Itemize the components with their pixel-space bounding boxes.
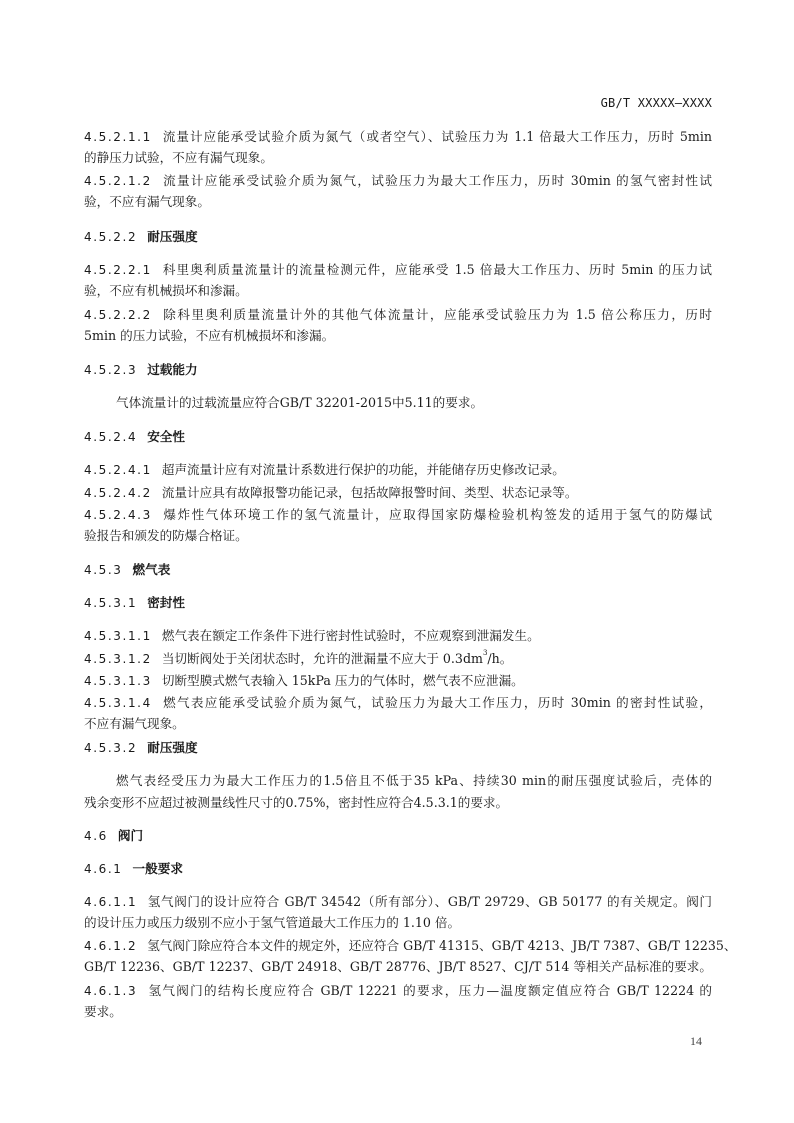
paragraph-4-5-2-3: 气体流量计的过载流量应符合GB/T 32201-2015中5.11的要求。 — [116, 395, 712, 411]
clause-number: 4.5.2.1.1 — [84, 130, 152, 144]
clause-4-5-2-1-1-line1: 4.5.2.1.1流量计应能承受试验介质为氮气（或者空气）、试验压力为 1.1 … — [84, 129, 712, 145]
clause-number: 4.5.2.1.2 — [84, 174, 152, 188]
heading-number: 4.5.3.2 — [84, 741, 137, 755]
clause-4-5-2-4-2: 4.5.2.4.2流量计应具有故障报警功能记录，包括故障报警时间、类型、状态记录… — [84, 485, 712, 501]
clause-text: 流量计应能承受试验介质为氮气（或者空气）、试验压力为 1.1 倍最大工作压力，历… — [162, 129, 712, 144]
clause-4-5-2-4-3-line2: 验报告和颁发的防爆合格证。 — [84, 528, 712, 544]
heading-number: 4.5.2.3 — [84, 363, 137, 377]
clause-text: 超声流量计应有对流量计系数进行保护的功能，并能储存历史修改记录。 — [162, 462, 565, 477]
clause-4-5-2-2-1-line2: 验，不应有机械损坏和渗漏。 — [84, 283, 712, 299]
heading-title: 耐压强度 — [147, 229, 197, 244]
clause-text: 流量计应具有故障报警功能记录，包括故障报警时间、类型、状态记录等。 — [162, 485, 578, 500]
clause-number: 4.5.2.4.1 — [84, 463, 152, 477]
clause-number: 4.5.2.2.2 — [84, 308, 152, 322]
heading-4-6-1: 4.6.1一般要求 — [84, 861, 183, 877]
heading-number: 4.5.3 — [84, 563, 123, 577]
superscript: 3 — [483, 649, 487, 657]
clause-text: 当切断阀处于关闭状态时，允许的泄漏量不应大于 0.3dm — [162, 651, 483, 666]
heading-4-5-2-2: 4.5.2.2耐压强度 — [84, 229, 198, 245]
clause-text: 科里奥利质量流量计的流量检测元件，应能承受 1.5 倍最大工作压力、历时 5mi… — [162, 262, 712, 277]
clause-number: 4.6.1.2 — [84, 939, 137, 953]
clause-4-5-3-1-1: 4.5.3.1.1燃气表在额定工作条件下进行密封性试验时，不应观察到泄漏发生。 — [84, 628, 712, 644]
heading-4-5-3: 4.5.3燃气表 — [84, 562, 170, 578]
heading-title: 密封性 — [147, 595, 185, 610]
clause-4-6-1-3-line1: 4.6.1.3氢气阀门的结构长度应符合 GB/T 12221 的要求，压力—温度… — [84, 983, 712, 999]
heading-title: 燃气表 — [133, 562, 171, 577]
clause-4-5-2-4-3-line1: 4.5.2.4.3爆炸性气体环境工作的氢气流量计，应取得国家防爆检验机构签发的适… — [84, 507, 712, 523]
clause-text-suffix: /h。 — [487, 651, 512, 666]
clause-number: 4.5.3.1.4 — [84, 696, 152, 710]
clause-number: 4.5.3.1.3 — [84, 674, 152, 688]
heading-4-5-2-4: 4.5.2.4安全性 — [84, 429, 185, 445]
heading-number: 4.5.2.2 — [84, 230, 137, 244]
clause-4-5-2-1-1-line2: 的静压力试验，不应有漏气现象。 — [84, 150, 712, 166]
clause-4-5-3-1-4-line1: 4.5.3.1.4燃气表应能承受试验介质为氮气，试验压力为最大工作压力，历时 3… — [84, 695, 712, 711]
heading-number: 4.6.1 — [84, 862, 123, 876]
clause-4-5-3-1-3: 4.5.3.1.3切断型膜式燃气表输入 15kPa 压力的气体时，燃气表不应泄漏… — [84, 673, 712, 689]
clause-text: 切断型膜式燃气表输入 15kPa 压力的气体时，燃气表不应泄漏。 — [162, 673, 524, 688]
clause-number: 4.5.3.1.1 — [84, 629, 152, 643]
heading-title: 安全性 — [147, 429, 185, 444]
clause-4-5-2-4-1: 4.5.2.4.1超声流量计应有对流量计系数进行保护的功能，并能储存历史修改记录… — [84, 462, 712, 478]
clause-text: 氢气阀门的结构长度应符合 GB/T 12221 的要求，压力—温度额定值应符合 … — [147, 983, 712, 998]
document-page: GB/T XXXXX—XXXX 4.5.2.1.1流量计应能承受试验介质为氮气（… — [0, 0, 794, 1123]
clause-text: 氢气阀门除应符合本文件的规定外，还应符合 GB/T 41315、GB/T 421… — [147, 938, 736, 953]
clause-number: 4.5.3.1.2 — [84, 652, 152, 666]
clause-number: 4.5.2.2.1 — [84, 263, 152, 277]
heading-number: 4.5.2.4 — [84, 430, 137, 444]
clause-4-5-2-2-2-line2: 5min 的压力试验，不应有机械损坏和渗漏。 — [84, 328, 712, 344]
heading-title: 耐压强度 — [147, 740, 197, 755]
clause-number: 4.6.1.1 — [84, 895, 137, 909]
paragraph-4-5-3-2-line2: 残余变形不应超过被测量线性尺寸的0.75%，密封性应符合4.5.3.1的要求。 — [84, 795, 712, 811]
heading-number: 4.6 — [84, 829, 108, 843]
page-number: 14 — [690, 1034, 702, 1049]
clause-number: 4.5.2.4.3 — [84, 508, 152, 522]
clause-4-6-1-2-line1: 4.6.1.2氢气阀门除应符合本文件的规定外，还应符合 GB/T 41315、G… — [84, 938, 712, 954]
clause-text: 氢气阀门的设计应符合 GB/T 34542（所有部分）、GB/T 29729、G… — [147, 894, 712, 909]
clause-text: 流量计应能承受试验介质为氮气，试验压力为最大工作压力，历时 30min 的氢气密… — [162, 173, 712, 188]
heading-4-5-3-2: 4.5.3.2耐压强度 — [84, 740, 198, 756]
clause-4-5-2-1-2-line1: 4.5.2.1.2流量计应能承受试验介质为氮气，试验压力为最大工作压力，历时 3… — [84, 173, 712, 189]
clause-4-6-1-3-line2: 要求。 — [84, 1004, 712, 1020]
clause-4-5-2-2-2-line1: 4.5.2.2.2除科里奥利质量流量计外的其他气体流量计，应能承受试验压力为 1… — [84, 307, 712, 323]
standard-code-header: GB/T XXXXX—XXXX — [601, 96, 712, 110]
heading-title: 过载能力 — [147, 362, 197, 377]
clause-4-5-3-1-4-line2: 不应有漏气现象。 — [84, 716, 712, 732]
clause-number: 4.6.1.3 — [84, 984, 137, 998]
heading-4-5-2-3: 4.5.2.3过载能力 — [84, 362, 198, 378]
clause-4-6-1-1-line2: 的设计压力或压力级别不应小于氢气管道最大工作压力的 1.10 倍。 — [84, 915, 712, 931]
clause-text: 燃气表在额定工作条件下进行密封性试验时，不应观察到泄漏发生。 — [162, 628, 540, 643]
heading-number: 4.5.3.1 — [84, 596, 137, 610]
paragraph-4-5-3-2-line1: 燃气表经受压力为最大工作压力的1.5倍且不低于35 kPa、持续30 min的耐… — [116, 773, 712, 789]
clause-4-5-3-1-2: 4.5.3.1.2当切断阀处于关闭状态时，允许的泄漏量不应大于 0.3dm3/h… — [84, 651, 712, 667]
clause-text: 爆炸性气体环境工作的氢气流量计，应取得国家防爆检验机构签发的适用于氢气的防爆试 — [162, 507, 712, 522]
heading-4-6: 4.6阀门 — [84, 828, 143, 844]
clause-text: 燃气表应能承受试验介质为氮气，试验压力为最大工作压力，历时 30min 的密封性… — [162, 695, 712, 710]
clause-4-6-1-2-line2: GB/T 12236、GB/T 12237、GB/T 24918、GB/T 28… — [84, 959, 712, 975]
clause-4-6-1-1-line1: 4.6.1.1氢气阀门的设计应符合 GB/T 34542（所有部分）、GB/T … — [84, 894, 712, 910]
heading-title: 阀门 — [118, 828, 143, 843]
clause-text: 除科里奥利质量流量计外的其他气体流量计，应能承受试验压力为 1.5 倍公称压力，… — [162, 307, 712, 322]
heading-title: 一般要求 — [133, 861, 183, 876]
clause-number: 4.5.2.4.2 — [84, 486, 152, 500]
clause-4-5-2-1-2-line2: 验，不应有漏气现象。 — [84, 194, 712, 210]
clause-4-5-2-2-1-line1: 4.5.2.2.1科里奥利质量流量计的流量检测元件，应能承受 1.5 倍最大工作… — [84, 262, 712, 278]
heading-4-5-3-1: 4.5.3.1密封性 — [84, 595, 185, 611]
